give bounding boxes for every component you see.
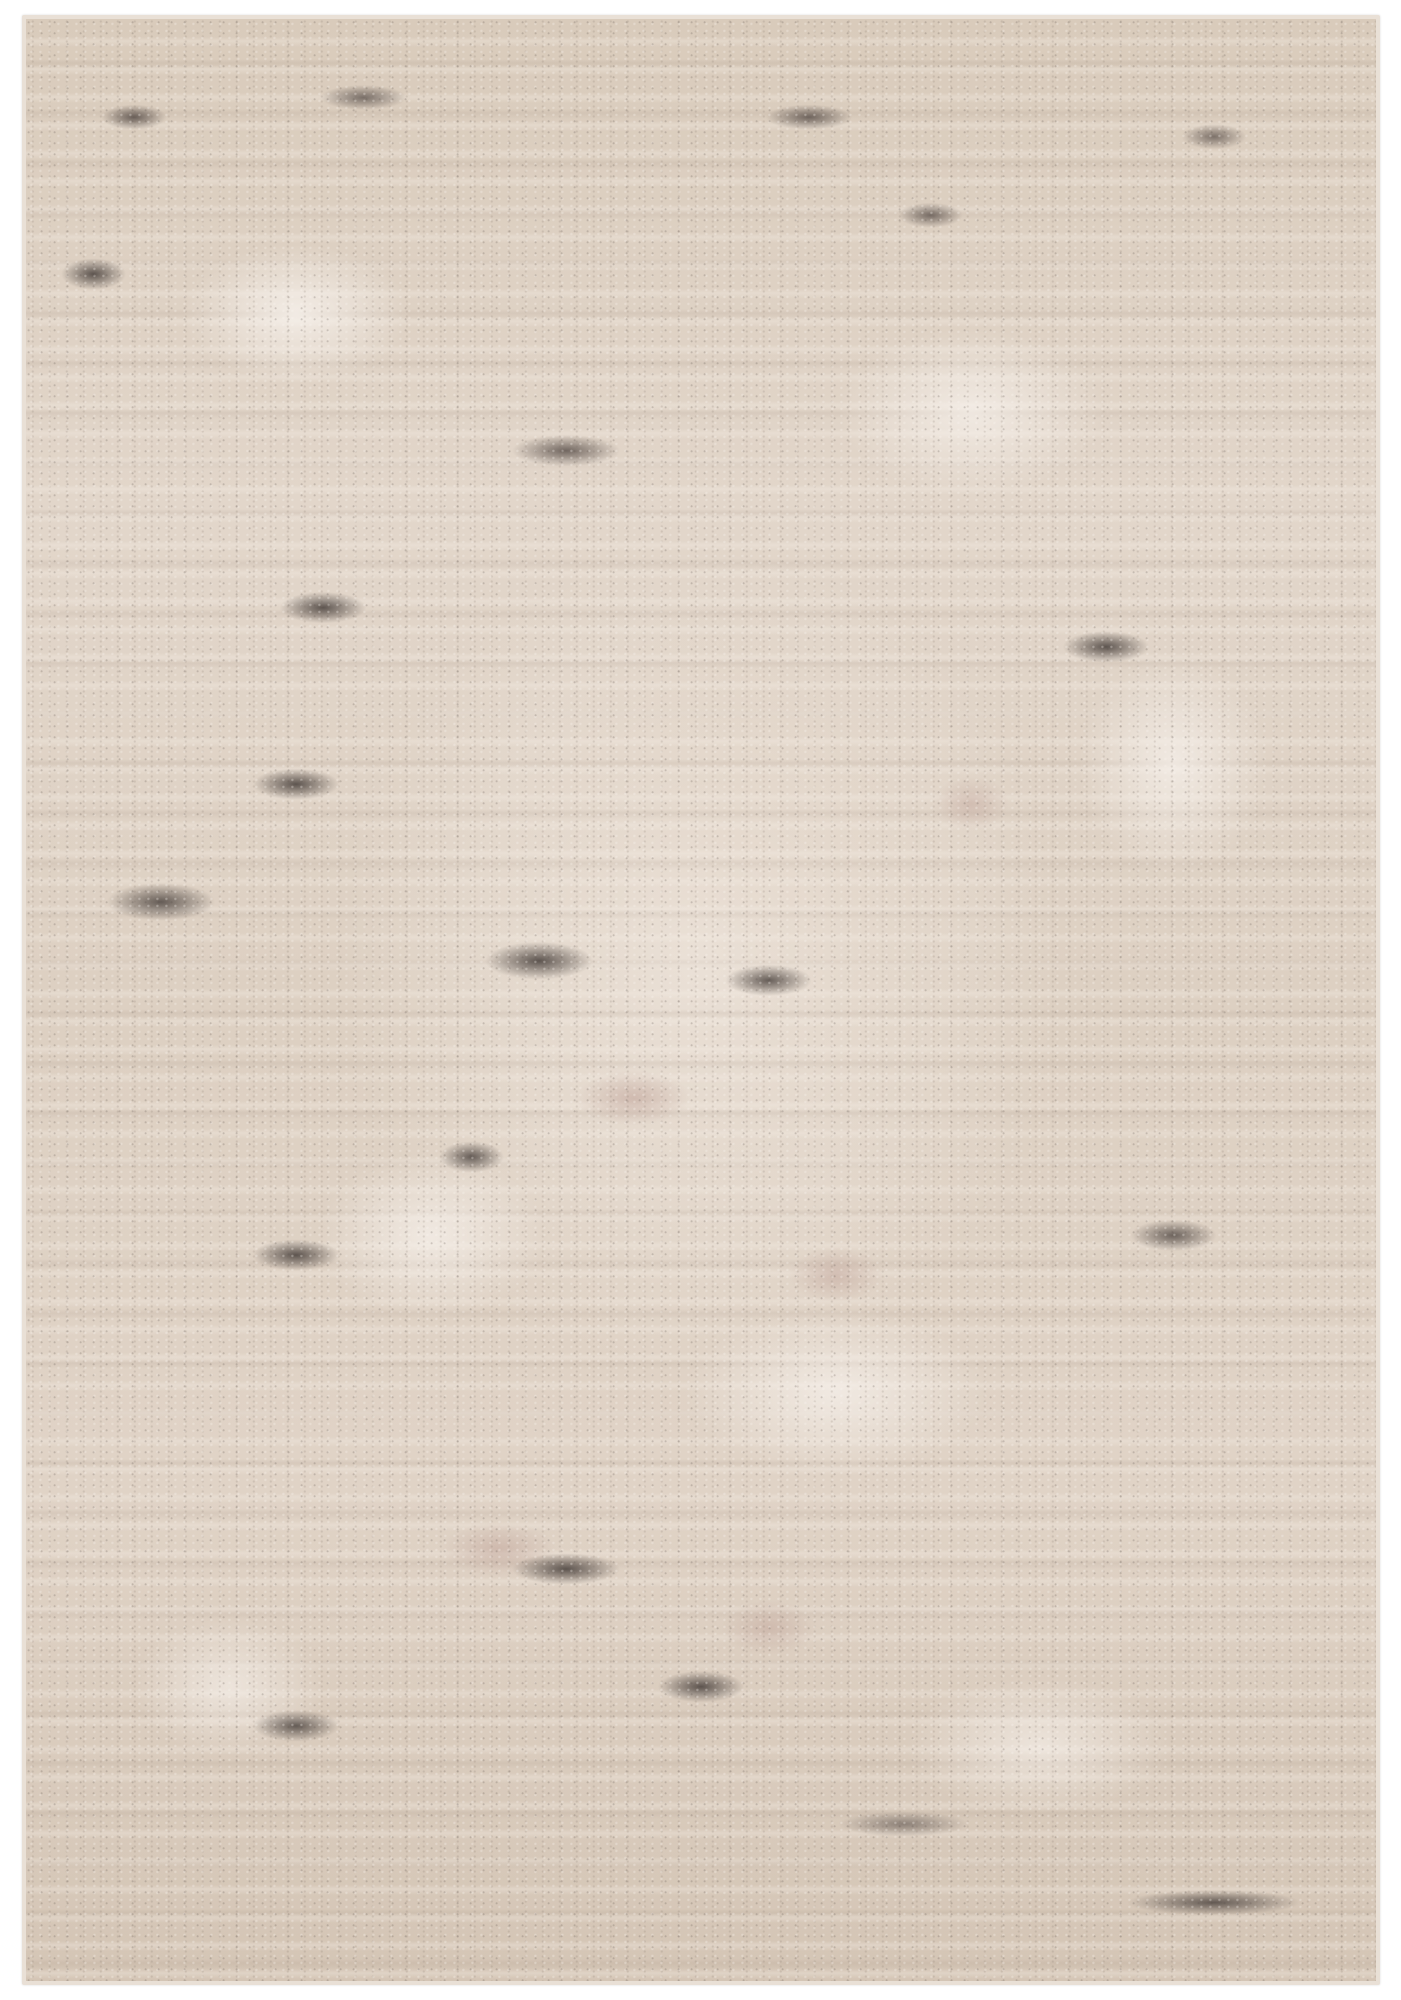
rug-pile-speckle — [26, 19, 1376, 1981]
rug-product-image — [22, 15, 1380, 1985]
